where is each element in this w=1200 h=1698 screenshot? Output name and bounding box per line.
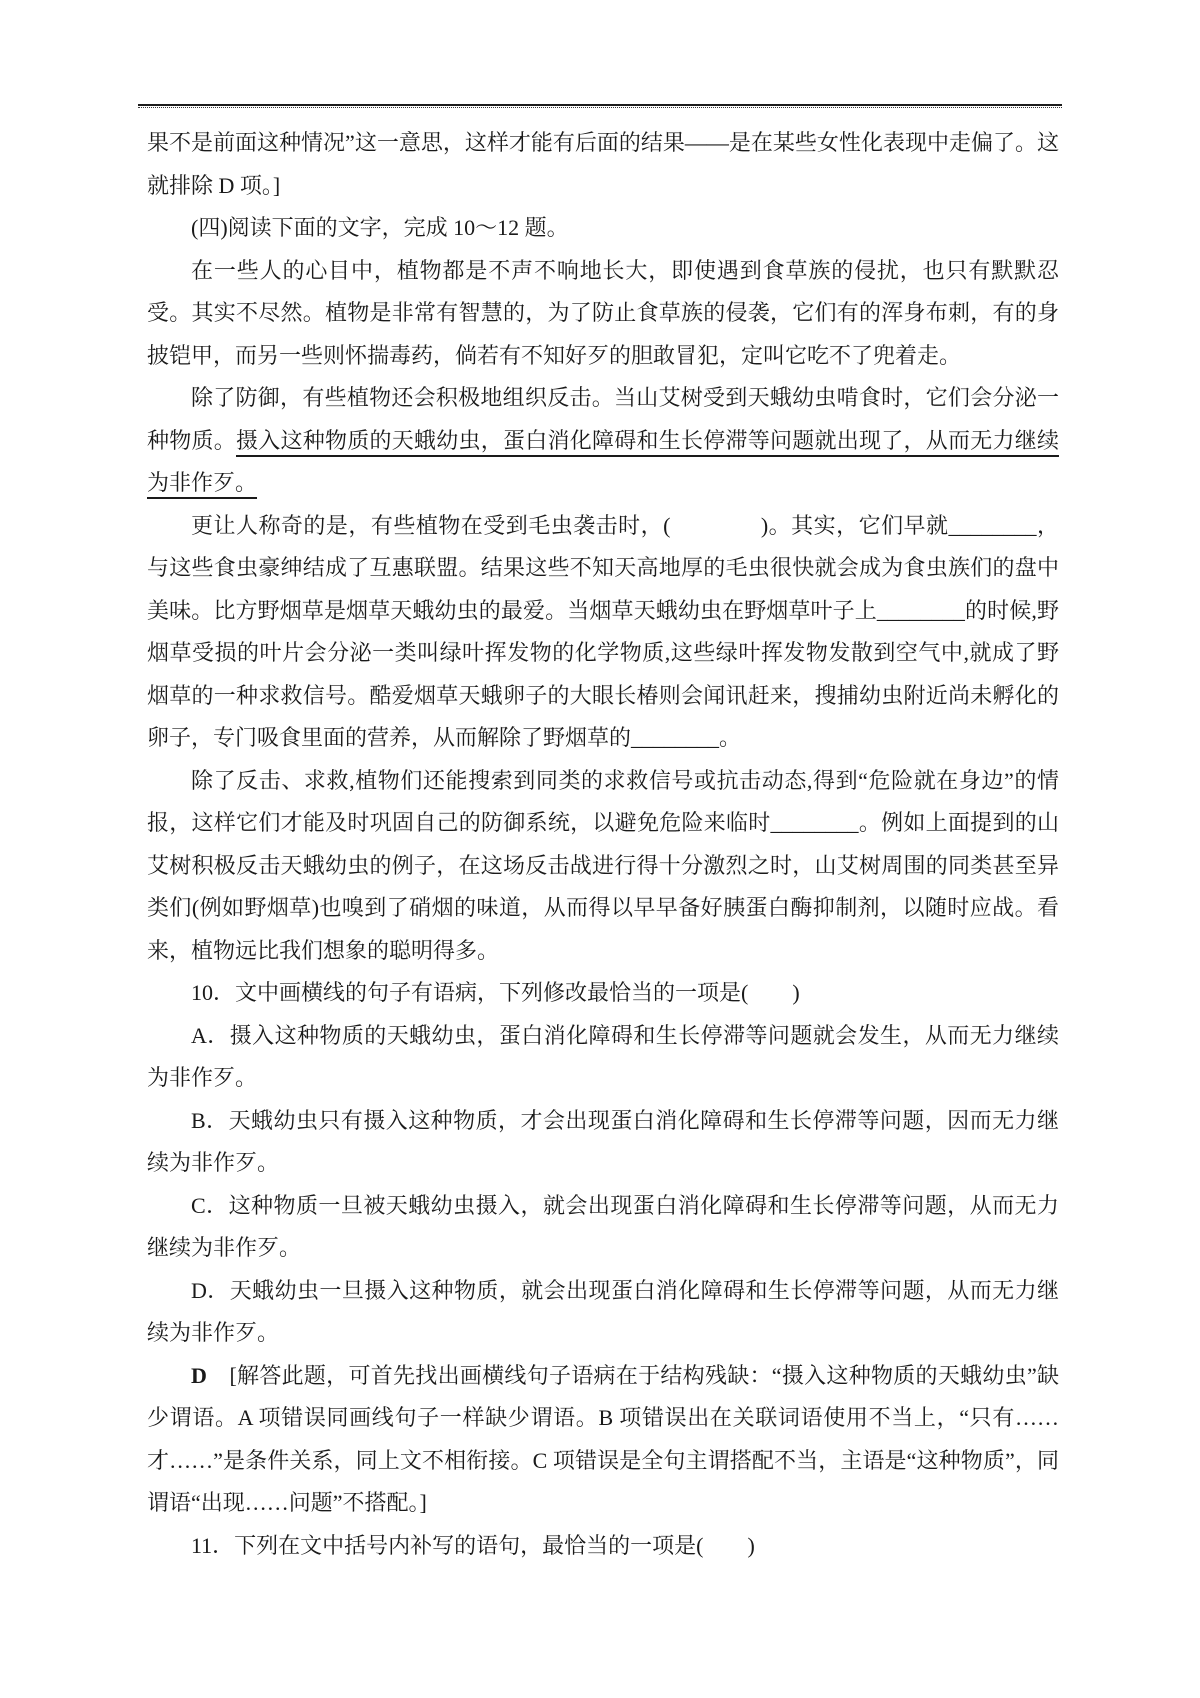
text-run: B．天蛾幼虫只有摄入这种物质，才会出现蛋白消化障碍和生长停滞等问题，因而无力继续… (147, 1108, 1059, 1176)
text-run: [解答此题，可首先找出画横线句子语病在于结构残缺：“摄入这种物质的天蛾幼虫”缺少… (147, 1363, 1059, 1516)
text-run: (四)阅读下面的文字，完成 10～12 题。 (191, 215, 569, 240)
text-run: 在一些人的心目中，植物都是不声不响地长大，即使遇到食草族的侵扰，也只有默默忍受。… (147, 258, 1059, 368)
text-run: 11．下列在文中括号内补写的语句，最恰当的一项是( ) (191, 1533, 755, 1558)
text-run: 果不是前面这种情况”这一意思，这样才能有后面的结果——是在某些女性化表现中走偏了… (147, 130, 1059, 198)
paragraph-q10-answer-explanation: D [解答此题，可首先找出画横线句子语病在于结构残缺：“摄入这种物质的天蛾幼虫”… (147, 1355, 1059, 1525)
underlined-sentence: 摄入这种物质的天蛾幼虫，蛋白消化障碍和生长停滞等问题就出现了，从而无力继续为非作… (147, 428, 1059, 496)
text-run: 更让人称奇的是，有些植物在受到毛虫袭击时，( )。其实，它们早就________… (147, 513, 1059, 751)
paragraph-passage-para-3: 更让人称奇的是，有些植物在受到毛虫袭击时，( )。其实，它们早就________… (147, 505, 1059, 760)
text-run: 10．文中画横线的句子有语病，下列修改最恰当的一项是( ) (191, 980, 800, 1005)
paragraph-passage-para-1: 在一些人的心目中，植物都是不声不响地长大，即使遇到食草族的侵扰，也只有默默忍受。… (147, 250, 1059, 378)
paragraph-q10-option-d: D．天蛾幼虫一旦摄入这种物质，就会出现蛋白消化障碍和生长停滞等问题，从而无力继续… (147, 1270, 1059, 1355)
paragraph-question-10: 10．文中画横线的句子有语病，下列修改最恰当的一项是( ) (147, 972, 1059, 1015)
paragraph-passage-para-2: 除了防御，有些植物还会积极地组织反击。当山艾树受到天蛾幼虫啃食时，它们会分泌一种… (147, 377, 1059, 505)
document-body: 果不是前面这种情况”这一意思，这样才能有后面的结果——是在某些女性化表现中走偏了… (147, 122, 1059, 1567)
paragraph-q10-option-b: B．天蛾幼虫只有摄入这种物质，才会出现蛋白消化障碍和生长停滞等问题，因而无力继续… (147, 1100, 1059, 1185)
text-run: C．这种物质一旦被天蛾幼虫摄入，就会出现蛋白消化障碍和生长停滞等问题，从而无力继… (147, 1193, 1059, 1261)
paragraph-section-heading: (四)阅读下面的文字，完成 10～12 题。 (147, 207, 1059, 250)
paragraph-q10-option-a: A．摄入这种物质的天蛾幼虫，蛋白消化障碍和生长停滞等问题就会发生，从而无力继续为… (147, 1015, 1059, 1100)
paragraph-q10-option-c: C．这种物质一旦被天蛾幼虫摄入，就会出现蛋白消化障碍和生长停滞等问题，从而无力继… (147, 1185, 1059, 1270)
text-run: A．摄入这种物质的天蛾幼虫，蛋白消化障碍和生长停滞等问题就会发生，从而无力继续为… (147, 1023, 1059, 1091)
page-header-rule (138, 104, 1062, 108)
text-run: D．天蛾幼虫一旦摄入这种物质，就会出现蛋白消化障碍和生长停滞等问题，从而无力继续… (147, 1278, 1059, 1346)
document-page: 果不是前面这种情况”这一意思，这样才能有后面的结果——是在某些女性化表现中走偏了… (0, 0, 1200, 1698)
text-run: 除了反击、求救,植物们还能搜索到同类的求救信号或抗击动态,得到“危险就在身边”的… (147, 768, 1059, 963)
paragraph-passage-para-4: 除了反击、求救,植物们还能搜索到同类的求救信号或抗击动态,得到“危险就在身边”的… (147, 760, 1059, 973)
paragraph-question-11: 11．下列在文中括号内补写的语句，最恰当的一项是( ) (147, 1525, 1059, 1568)
paragraph-prev-answer-continuation: 果不是前面这种情况”这一意思，这样才能有后面的结果——是在某些女性化表现中走偏了… (147, 122, 1059, 207)
answer-letter: D (191, 1363, 207, 1388)
